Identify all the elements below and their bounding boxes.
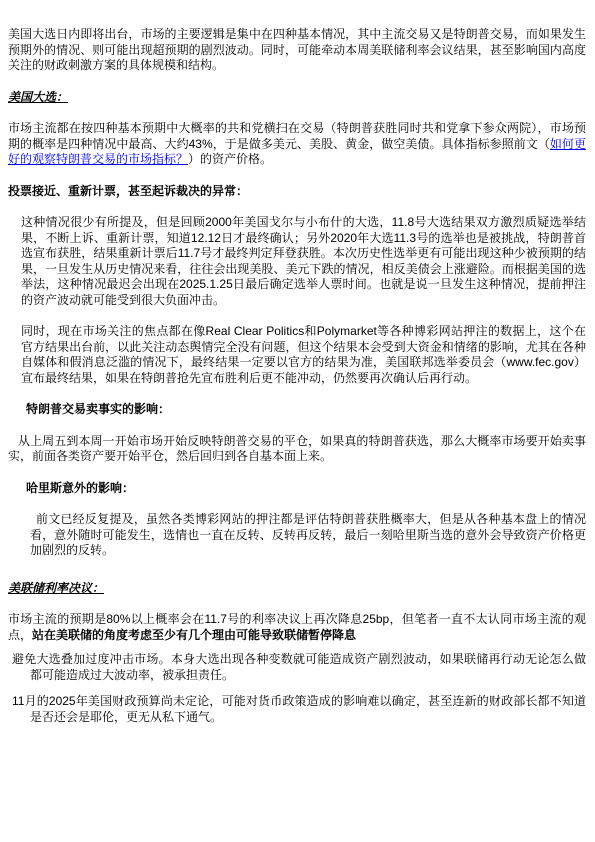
section-heading-us-election: 美国大选：	[8, 90, 586, 106]
mainstream-trade-text-pre: 市场主流都在按四种基本预期中大概率的共和党横扫在交易（特朗普获胜同时共和党拿下参…	[8, 121, 586, 151]
paragraph-betting-sites: 同时，现在市场关注的焦点都在像Real Clear Politics和Polym…	[21, 324, 586, 386]
mainstream-trade-text-post: ）的资产价格。	[188, 152, 272, 166]
intro-paragraph: 美国大选日内即将出台，市场的主要逻辑是集中在四种基本情况，其中主流交易又是特朗普…	[8, 27, 586, 74]
list-item-avoid-market-shock: 避免大选叠加过度冲击市场。本身大选出现各种变数就可能造成资产剧烈波动，如果联储再…	[10, 652, 586, 683]
fed-pause-reasons-bold-text: 站在美联储的角度考虑至少有几个理由可能导致联储暂停降息	[32, 628, 356, 642]
document-page: 美国大选日内即将出台，市场的主要逻辑是集中在四种基本情况，其中主流交易又是特朗普…	[0, 0, 595, 842]
list-item-budget-uncertainty: 11月的2025年美国财政预算尚未定论，可能对货币政策造成的影响难以确定，甚至连…	[10, 694, 586, 725]
paragraph-recount-history: 这种情况很少有所提及，但是回顾2000年美国戈尔与小布什的大选，11.8号大选结…	[21, 215, 586, 308]
subheading-sell-the-fact: 特朗普交易卖事实的影响：	[26, 402, 586, 418]
paragraph-fed-expectation: 市场主流的预期是80%以上概率会在11.7号的利率决议上再次降息25bp，但笔者…	[8, 612, 586, 643]
paragraph-mainstream-trade: 市场主流都在按四种基本预期中大概率的共和党横扫在交易（特朗普获胜同时共和党拿下参…	[8, 121, 586, 168]
subheading-vote-anomaly: 投票接近、重新计票，甚至起诉裁决的异常：	[8, 184, 586, 200]
subheading-harris-surprise: 哈里斯意外的影响：	[26, 481, 586, 497]
paragraph-harris-surprise: 前文已经反复提及，虽然各类博彩网站的押注都是评估特朗普获胜概率大，但是从各种基本…	[30, 512, 586, 559]
section-heading-fed-decision: 美联储利率决议：	[8, 581, 586, 597]
paragraph-sell-the-fact: 从上周五到本周一开始市场开始反映特朗普交易的平仓，如果真的特朗普获选，那么大概率…	[8, 434, 586, 465]
